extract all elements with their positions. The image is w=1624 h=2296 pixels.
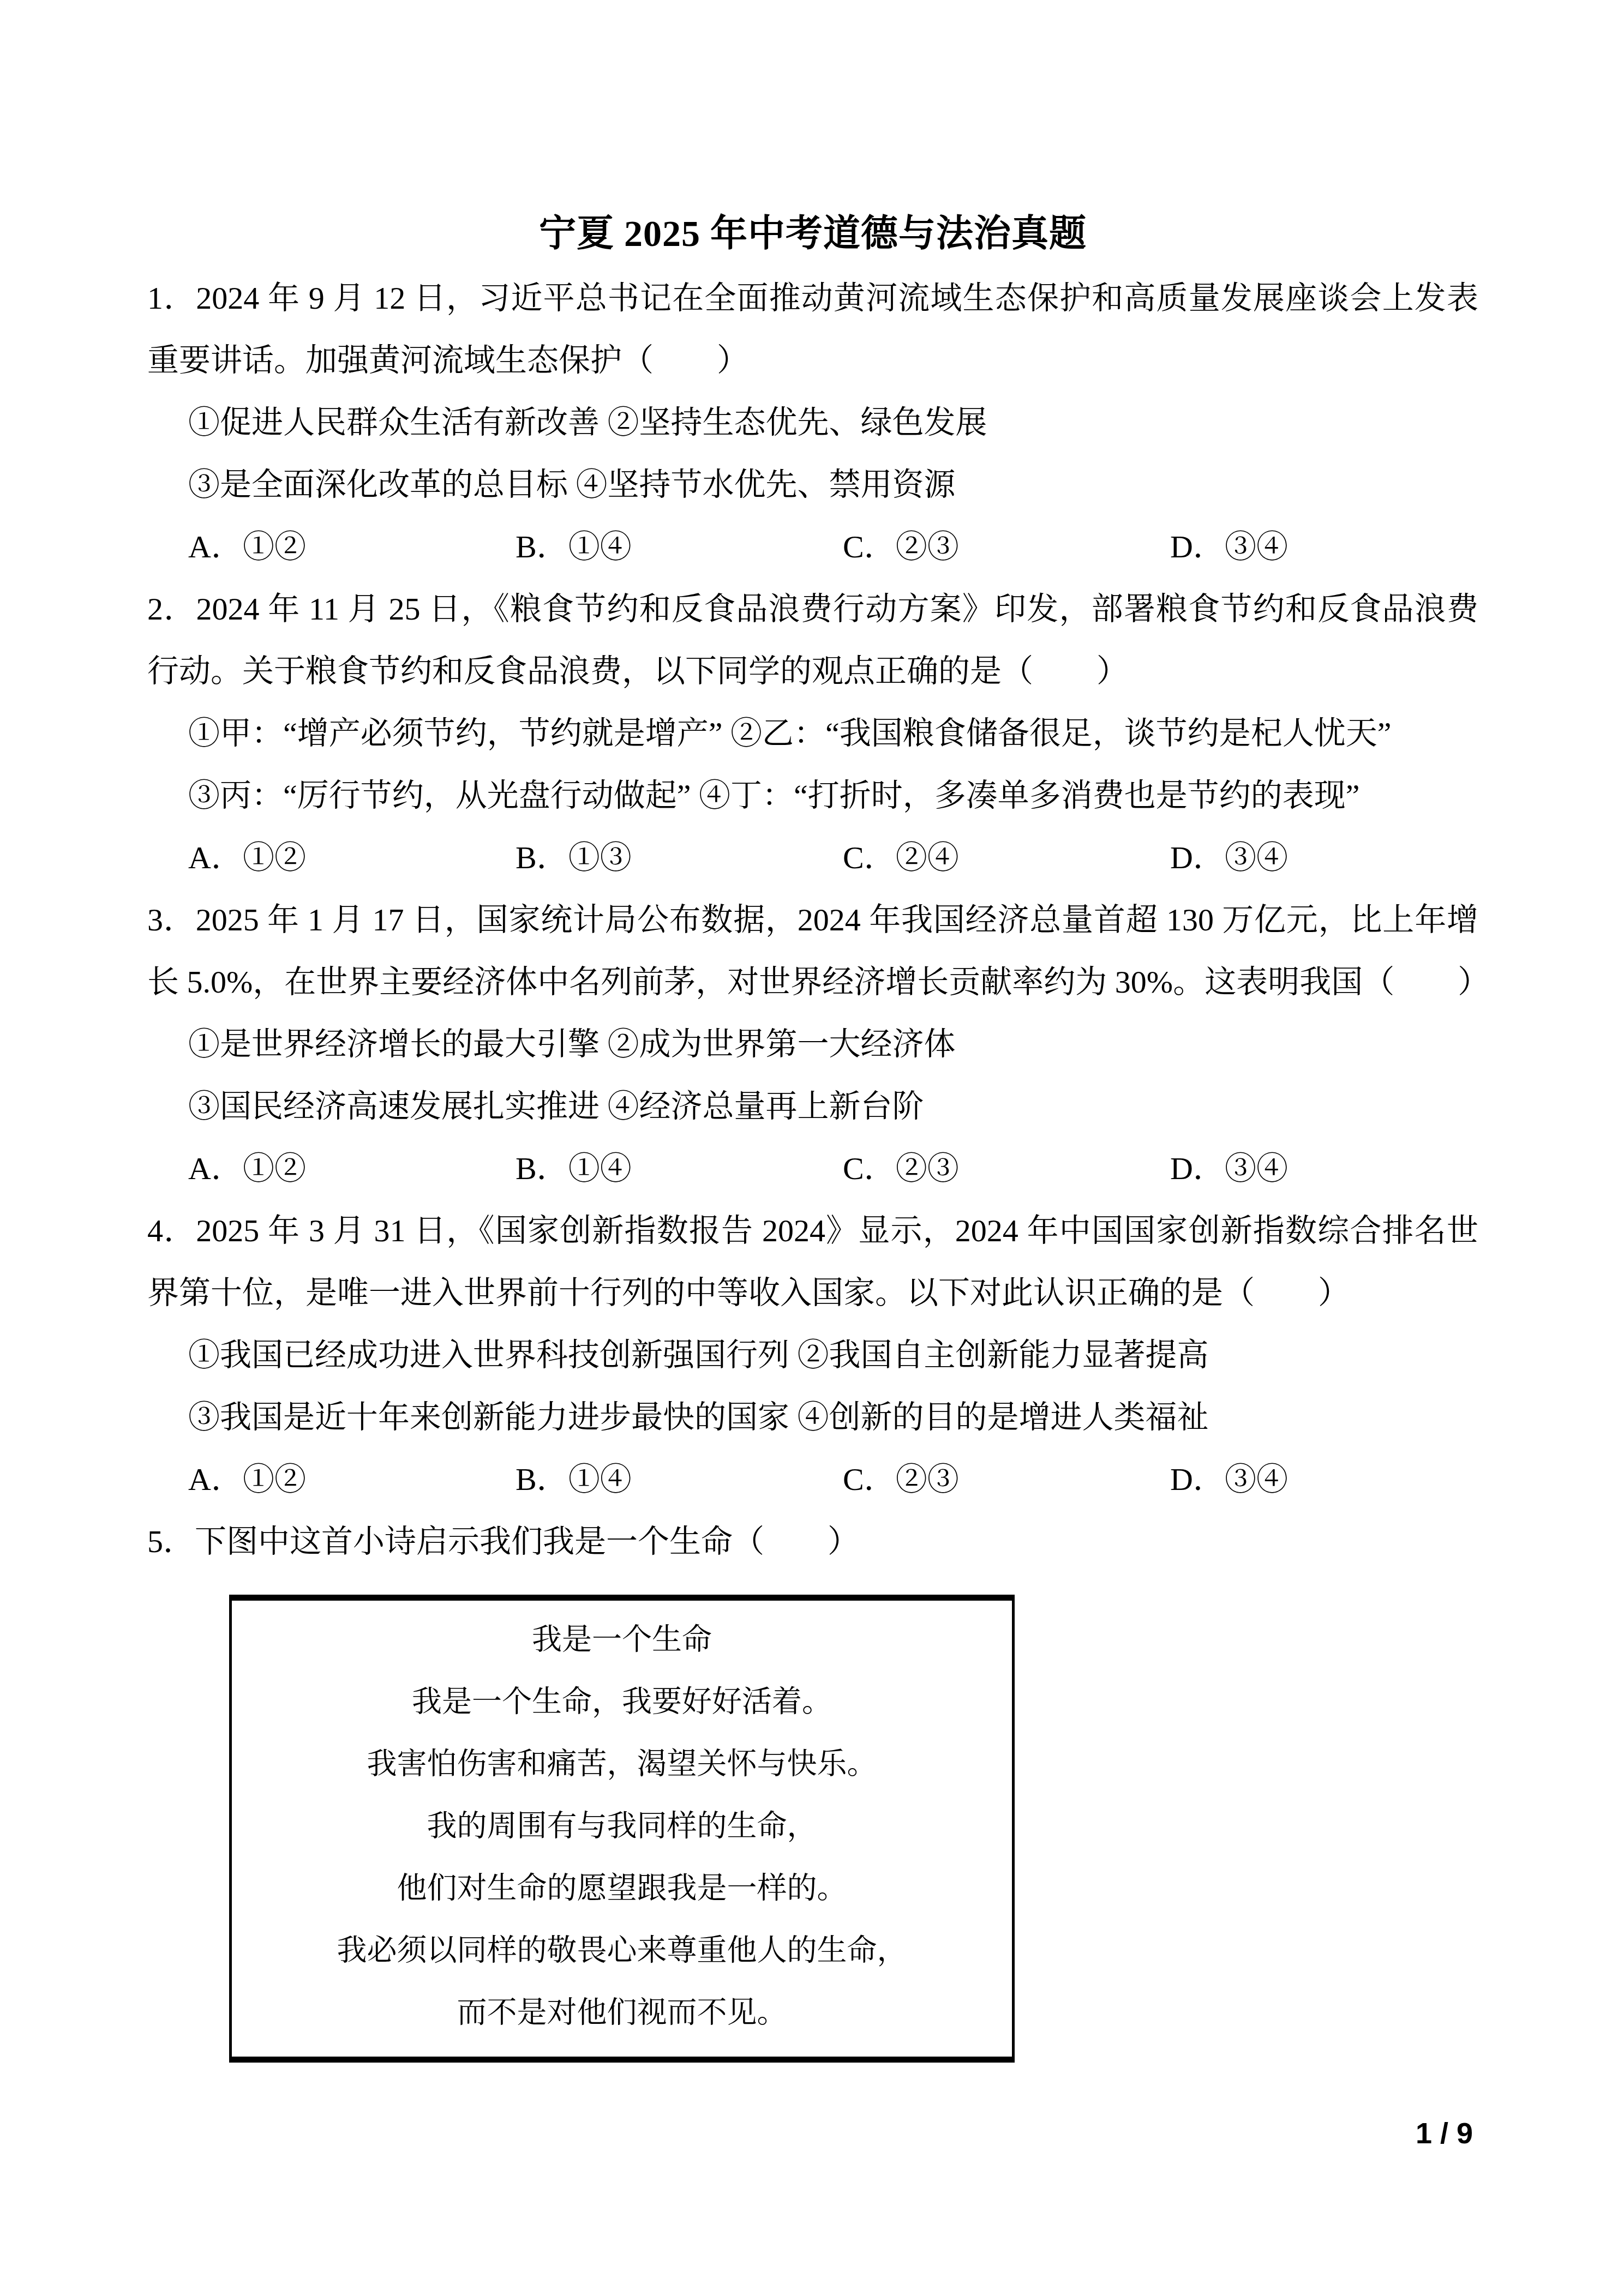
poem-line: 我是一个生命，我要好好活着。 xyxy=(248,1670,996,1733)
choice-d: D．③④ xyxy=(1170,1448,1288,1511)
exam-page: 宁夏 2025 年中考道德与法治真题 1．2024 年 9 月 12 日，习近平… xyxy=(0,0,1624,2296)
choice-b: B．①④ xyxy=(516,516,843,578)
choice-d: D．③④ xyxy=(1170,827,1288,889)
option-line: ①是世界经济增长的最大引擎 ②成为世界第一大经济体 xyxy=(147,1013,1478,1075)
choices-row: A．①② B．①④ C．②③ D．③④ xyxy=(147,1448,1478,1511)
option-line: ①促进人民群众生活有新改善 ②坚持生态优先、绿色发展 xyxy=(147,392,1478,454)
question-2: 2．2024 年 11 月 25 日，《粮食节约和反食品浪费行动方案》印发，部署… xyxy=(147,578,1478,889)
choice-a: A．①② xyxy=(188,1448,516,1511)
question-5: 5．下图中这首小诗启示我们我是一个生命（ ） 我是一个生命 我是一个生命，我要好… xyxy=(147,1511,1478,2063)
option-line: ③国民经济高速发展扎实推进 ④经济总量再上新台阶 xyxy=(147,1075,1478,1138)
option-line: ③我国是近十年来创新能力进步最快的国家 ④创新的目的是增进人类福祉 xyxy=(147,1386,1478,1448)
option-line: ①甲：“增产必须节约，节约就是增产” ②乙：“我国粮食储备很足，谈节约是杞人忧天… xyxy=(147,702,1478,765)
poem-box: 我是一个生命 我是一个生命，我要好好活着。 我害怕伤害和痛苦，渴望关怀与快乐。 … xyxy=(229,1595,1015,2063)
choice-a: A．①② xyxy=(188,827,516,889)
option-line: ③丙：“厉行节约，从光盘行动做起” ④丁：“打折时，多凑单多消费也是节约的表现” xyxy=(147,765,1478,827)
choice-c: C．②③ xyxy=(843,516,1170,578)
question-stem: 2．2024 年 11 月 25 日，《粮食节约和反食品浪费行动方案》印发，部署… xyxy=(147,578,1478,702)
choices-row: A．①② B．①④ C．②③ D．③④ xyxy=(147,516,1478,578)
question-1: 1．2024 年 9 月 12 日，习近平总书记在全面推动黄河流域生态保护和高质… xyxy=(147,267,1478,578)
question-3: 3．2025 年 1 月 17 日，国家统计局公布数据，2024 年我国经济总量… xyxy=(147,889,1478,1200)
poem-line: 我必须以同样的敬畏心来尊重他人的生命， xyxy=(248,1919,996,1981)
question-stem: 1．2024 年 9 月 12 日，习近平总书记在全面推动黄河流域生态保护和高质… xyxy=(147,267,1478,392)
choice-c: C．②④ xyxy=(843,827,1170,889)
question-stem: 4．2025 年 3 月 31 日，《国家创新指数报告 2024》显示，2024… xyxy=(147,1200,1478,1324)
question-4: 4．2025 年 3 月 31 日，《国家创新指数报告 2024》显示，2024… xyxy=(147,1200,1478,1511)
choice-c: C．②③ xyxy=(843,1138,1170,1200)
poem-line: 他们对生命的愿望跟我是一样的。 xyxy=(248,1857,996,1919)
poem-line: 而不是对他们视而不见。 xyxy=(248,1981,996,2043)
choice-d: D．③④ xyxy=(1170,516,1288,578)
poem-title: 我是一个生命 xyxy=(248,1608,996,1670)
choice-b: B．①④ xyxy=(516,1448,843,1511)
choice-c: C．②③ xyxy=(843,1448,1170,1511)
page-number: 1 / 9 xyxy=(1416,2117,1473,2150)
option-line: ①我国已经成功进入世界科技创新强国行列 ②我国自主创新能力显著提高 xyxy=(147,1324,1478,1386)
page-title: 宁夏 2025 年中考道德与法治真题 xyxy=(147,207,1478,260)
choices-row: A．①② B．①④ C．②③ D．③④ xyxy=(147,1138,1478,1200)
choice-b: B．①③ xyxy=(516,827,843,889)
question-stem: 3．2025 年 1 月 17 日，国家统计局公布数据，2024 年我国经济总量… xyxy=(147,889,1478,1013)
poem-line: 我害怕伤害和痛苦，渴望关怀与快乐。 xyxy=(248,1733,996,1795)
choice-b: B．①④ xyxy=(516,1138,843,1200)
question-stem: 5．下图中这首小诗启示我们我是一个生命（ ） xyxy=(147,1511,1478,1573)
choices-row: A．①② B．①③ C．②④ D．③④ xyxy=(147,827,1478,889)
choice-a: A．①② xyxy=(188,516,516,578)
poem-line: 我的周围有与我同样的生命， xyxy=(248,1795,996,1857)
choice-d: D．③④ xyxy=(1170,1138,1288,1200)
option-line: ③是全面深化改革的总目标 ④坚持节水优先、禁用资源 xyxy=(147,454,1478,516)
choice-a: A．①② xyxy=(188,1138,516,1200)
